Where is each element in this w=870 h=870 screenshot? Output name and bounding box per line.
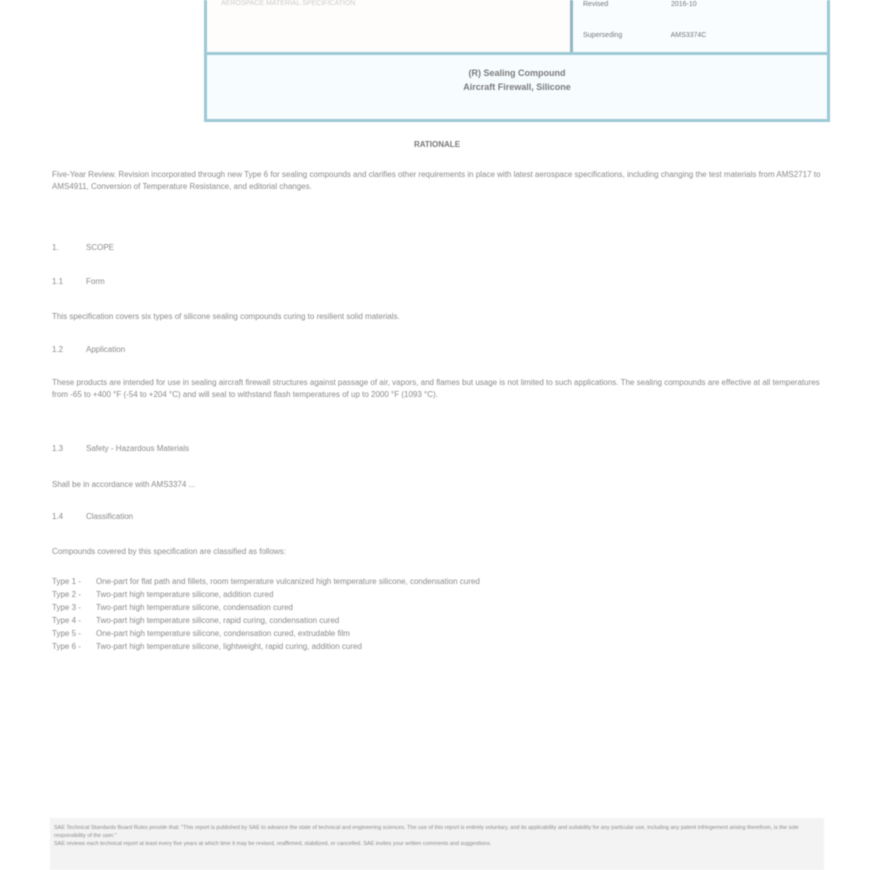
meta-row-superseding: Superseding AMS3374C [583,32,706,39]
footer-line: SAE Technical Standards Board Rules prov… [54,824,820,840]
rationale-section: RATIONALE Five-Year Review. Revision inc… [52,140,822,193]
type-item: Type 1 -One-part for flat path and fille… [52,575,822,588]
section-1-heading: 1.SCOPE [52,243,114,252]
type-label: Type 6 - [52,640,96,653]
section-1-3-heading: 1.3Safety - Hazardous Materials [52,444,189,453]
application-paragraph: These products are intended for use in s… [52,377,822,401]
section-title: SCOPE [86,243,114,252]
section-1-4-heading: 1.4Classification [52,512,133,521]
meta-row-revised: Revised 2016-10 [583,1,697,8]
section-title: Application [86,345,125,354]
document-header-box: AEROSPACE MATERIAL SPECIFICATION Revised… [204,0,830,122]
type-text: One-part for flat path and fillets, room… [96,577,480,586]
meta-label: Revised [583,1,669,8]
header-left-text: AEROSPACE MATERIAL SPECIFICATION [221,0,355,7]
type-label: Type 1 - [52,575,96,588]
section-title: Form [86,277,105,286]
type-text: Two-part high temperature silicone, rapi… [96,616,339,625]
section-number: 1.1 [52,277,86,286]
classification-intro: Compounds covered by this specification … [52,546,822,558]
header-left-cell: AEROSPACE MATERIAL SPECIFICATION [207,0,570,52]
type-label: Type 5 - [52,627,96,640]
type-text: Two-part high temperature silicone, addi… [96,590,273,599]
type-text: Two-part high temperature silicone, cond… [96,603,293,612]
legal-footer: SAE Technical Standards Board Rules prov… [50,818,824,870]
meta-value: 2016-10 [671,1,697,8]
section-1-1-heading: 1.1Form [52,277,105,286]
section-title: Safety - Hazardous Materials [86,444,189,453]
rationale-heading: RATIONALE [52,140,822,149]
section-number: 1.3 [52,444,86,453]
footer-line: SAE reviews each technical report at lea… [54,840,820,848]
type-list: Type 1 -One-part for flat path and fille… [52,575,822,653]
section-1-2-heading: 1.2Application [52,345,125,354]
type-item: Type 6 -Two-part high temperature silico… [52,640,822,653]
section-number: 1.4 [52,512,86,521]
type-item: Type 4 -Two-part high temperature silico… [52,614,822,627]
type-item: Type 3 -Two-part high temperature silico… [52,601,822,614]
form-paragraph: This specification covers six types of s… [52,311,822,323]
section-number: 1.2 [52,345,86,354]
title-line-2: Aircraft Firewall, Silicone [207,80,827,94]
meta-label: Superseding [583,32,669,39]
safety-paragraph: Shall be in accordance with AMS3374 ... [52,479,822,491]
type-text: One-part high temperature silicone, cond… [96,629,350,638]
type-label: Type 4 - [52,614,96,627]
type-label: Type 3 - [52,601,96,614]
header-meta-cell: Revised 2016-10 Superseding AMS3374C [570,0,827,52]
title-line-1: (R) Sealing Compound [207,66,827,80]
type-item: Type 5 -One-part high temperature silico… [52,627,822,640]
section-title: Classification [86,512,133,521]
section-number: 1. [52,243,86,252]
type-text: Two-part high temperature silicone, ligh… [96,642,362,651]
type-label: Type 2 - [52,588,96,601]
type-item: Type 2 -Two-part high temperature silico… [52,588,822,601]
header-top-row: AEROSPACE MATERIAL SPECIFICATION Revised… [207,0,827,55]
rationale-text: Five-Year Review. Revision incorporated … [52,169,822,193]
meta-value: AMS3374C [671,32,707,39]
document-title: (R) Sealing Compound Aircraft Firewall, … [207,66,827,94]
